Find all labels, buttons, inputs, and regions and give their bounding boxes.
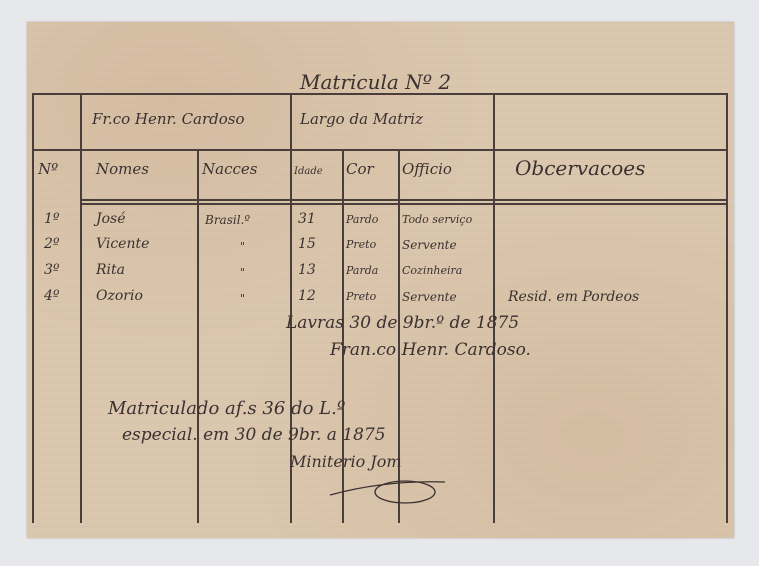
row-number: 3º xyxy=(44,262,60,278)
signature-flourish-icon xyxy=(325,470,460,510)
document-title: Matricula Nº 2 xyxy=(300,70,451,94)
column-line xyxy=(197,149,199,523)
table-top-border xyxy=(32,93,727,95)
row-occupation: Cozinheira xyxy=(402,264,462,277)
owner-name: Fr.co Henr. Cardoso xyxy=(92,110,245,128)
row-age: 15 xyxy=(298,236,316,252)
column-header-occupation: Officio xyxy=(402,160,452,178)
official-signature: Miniterio Jom xyxy=(290,452,402,471)
row-nationality: Brasil.º xyxy=(205,213,250,227)
header-bottom-line-1 xyxy=(80,199,727,201)
column-line xyxy=(80,93,82,523)
row-number: 4º xyxy=(44,288,60,304)
row-age: 13 xyxy=(298,262,316,278)
row-color: Parda xyxy=(346,264,378,277)
row-color: Preto xyxy=(346,290,376,303)
date-line: Lavras 30 de 9br.º de 1875 xyxy=(286,313,519,333)
row-color: Pardo xyxy=(346,213,378,226)
row-name: José xyxy=(96,211,126,227)
row-occupation: Todo serviço xyxy=(402,213,472,226)
header-divider xyxy=(32,149,727,151)
row-occupation: Servente xyxy=(402,238,457,252)
column-header-number: Nº xyxy=(38,160,58,178)
column-header-nationality: Nacces xyxy=(202,160,257,178)
column-line xyxy=(726,93,728,523)
owner-signature: Fran.co Henr. Cardoso. xyxy=(330,340,531,360)
row-name: Ozorio xyxy=(96,288,143,304)
header-bottom-line-2 xyxy=(80,203,727,205)
column-line xyxy=(32,93,34,523)
column-line xyxy=(493,93,495,523)
row-nationality: " xyxy=(240,240,245,253)
row-nationality: " xyxy=(240,266,245,279)
row-age: 31 xyxy=(298,211,316,227)
row-name: Vicente xyxy=(96,236,149,252)
row-nationality: " xyxy=(240,292,245,305)
column-header-color: Cor xyxy=(346,160,374,178)
column-header-age: Idade xyxy=(294,166,323,177)
row-number: 1º xyxy=(44,211,60,227)
column-header-names: Nomes xyxy=(96,160,149,178)
row-observation: Resid. em Pordeos xyxy=(508,289,639,305)
row-age: 12 xyxy=(298,288,316,304)
row-name: Rita xyxy=(96,262,125,278)
row-color: Preto xyxy=(346,238,376,251)
row-number: 2º xyxy=(44,236,60,252)
column-header-observations: Obcervacoes xyxy=(515,156,645,180)
location: Largo da Matriz xyxy=(300,110,423,128)
row-occupation: Servente xyxy=(402,290,457,304)
registration-note-line-2: especial. em 30 de 9br. a 1875 xyxy=(122,425,386,445)
registration-note-line-1: Matriculado af.s 36 do L.º xyxy=(108,398,345,419)
